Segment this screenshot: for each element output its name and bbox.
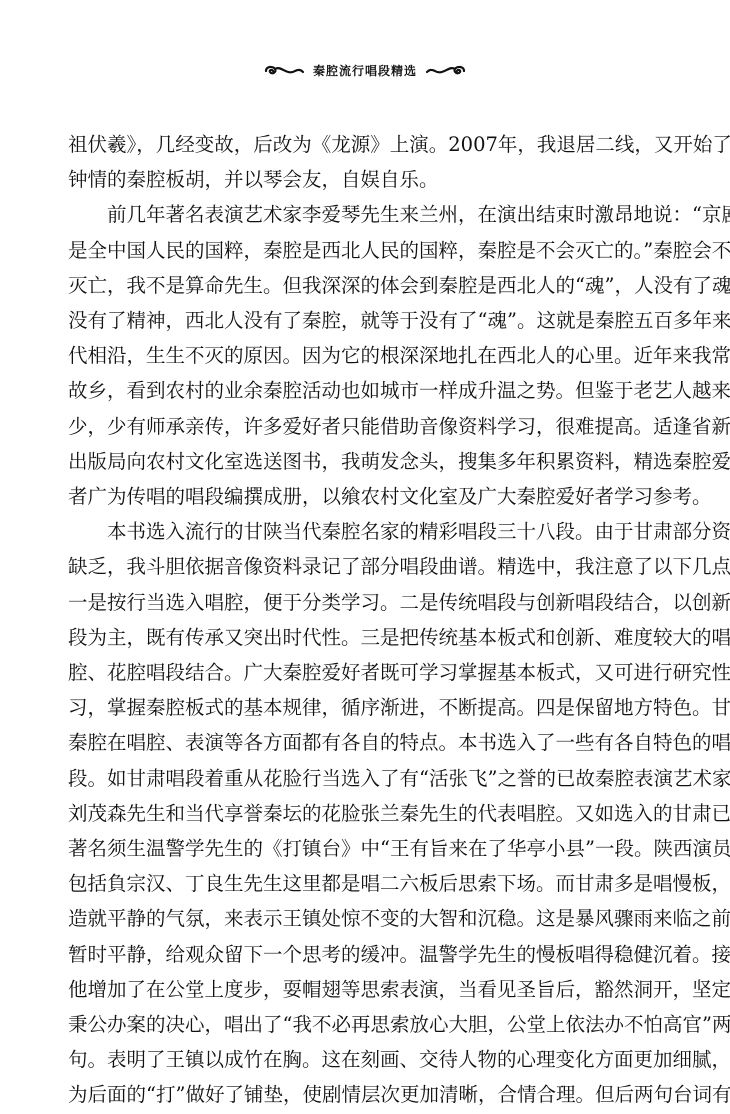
text-line: 著名须生温警学先生的《打镇台》中“王有旨来在了华亭小县”一段。陕西演员: [68, 831, 692, 866]
text-line: 刘茂森先生和当代享誉秦坛的花脸张兰秦先生的代表唱腔。又如选入的甘肃已故: [68, 796, 692, 831]
text-line: 为后面的“打”做好了铺垫，使剧情层次更加清晰，合情合理。但后两句台词有: [68, 1077, 692, 1112]
scroll-ornament-left-icon: [263, 64, 307, 78]
text-line: 没有了精神，西北人没有了秦腔，就等于没有了“魂”。这就是秦腔五百多年来世: [68, 303, 692, 338]
text-line: 段为主，既有传承又突出时代性。三是把传统基本板式和创新、难度较大的唱: [68, 620, 692, 655]
header-title: 秦腔流行唱段精选: [313, 62, 417, 79]
text-line: 暂时平静，给观众留下一个思考的缓冲。温警学先生的慢板唱得稳健沉着。接着: [68, 937, 692, 972]
scroll-ornament-right-icon: [423, 64, 467, 78]
text-line: 句。表明了王镇以成竹在胸。这在刻画、交待人物的心理变化方面更加细腻，也: [68, 1042, 692, 1077]
paragraph-continued: 祖伏羲》，几经变故，后改为《龙源》上演。2007年，我退居二线，又开始了我 钟情…: [68, 127, 692, 197]
text-line: 造就平静的气氛，来表示王镇处惊不变的大智和沉稳。这是暴风骤雨来临之前的: [68, 901, 692, 936]
text-line: 者广为传唱的唱段编撰成册，以飨农村文化室及广大秦腔爱好者学习参考。: [68, 479, 692, 514]
running-header: 秦腔流行唱段精选: [0, 62, 730, 79]
text-line: 段。如甘肃唱段着重从花脸行当选入了有“活张飞”之誉的已故秦腔表演艺术家: [68, 761, 692, 796]
text-line: 是全中国人民的国粹，秦腔是西北人民的国粹，秦腔是不会灭亡的。”秦腔会不会: [68, 233, 692, 268]
page-body: 祖伏羲》，几经变故，后改为《龙源》上演。2007年，我退居二线，又开始了我 钟情…: [68, 127, 692, 1113]
text-line: 钟情的秦腔板胡，并以琴会友，自娱自乐。: [68, 162, 692, 197]
text-line: 秦腔在唱腔、表演等各方面都有各自的特点。本书选入了一些有各自特色的唱: [68, 725, 692, 760]
text-line: 习，掌握秦腔板式的基本规律，循序渐进，不断提高。四是保留地方特色。甘陕: [68, 690, 692, 725]
text-line: 灭亡，我不是算命先生。但我深深的体会到秦腔是西北人的“魂”，人没有了魂就: [68, 268, 692, 303]
paragraph-preface-origin: 前几年著名表演艺术家李爱琴先生来兰州，在演出结束时激昂地说：“京剧 是全中国人民…: [68, 197, 692, 514]
paragraph-selection-principles: 本书选入流行的甘陕当代秦腔名家的精彩唱段三十八段。由于甘肃部分资料 缺乏，我斗胆…: [68, 514, 692, 1112]
text-line: 一是按行当选入唱腔，便于分类学习。二是传统唱段与创新唱段结合，以创新唱: [68, 585, 692, 620]
text-line: 前几年著名表演艺术家李爱琴先生来兰州，在演出结束时激昂地说：“京剧: [68, 197, 692, 232]
text-line: 出版局向农村文化室选送图书，我萌发念头，搜集多年积累资料，精选秦腔爱好: [68, 444, 692, 479]
text-line: 祖伏羲》，几经变故，后改为《龙源》上演。2007年，我退居二线，又开始了我: [68, 127, 692, 162]
text-line: 本书选入流行的甘陕当代秦腔名家的精彩唱段三十八段。由于甘肃部分资料: [68, 514, 692, 549]
text-line: 包括負宗汉、丁良生先生这里都是唱二六板后思索下场。而甘肃多是唱慢板，先: [68, 866, 692, 901]
text-line: 他增加了在公堂上度步，耍帽翅等思索表演，当看见圣旨后，豁然洞开，坚定了: [68, 972, 692, 1007]
text-line: 代相沿，生生不灭的原因。因为它的根深深地扎在西北人的心里。近年来我常回: [68, 338, 692, 373]
text-line: 腔、花腔唱段结合。广大秦腔爱好者既可学习掌握基本板式，又可进行研究性学: [68, 655, 692, 690]
text-line: 秉公办案的决心，唱出了“我不必再思索放心大胆，公堂上依法办不怕高官”两: [68, 1007, 692, 1042]
text-line: 故乡，看到农村的业余秦腔活动也如城市一样成升温之势。但鉴于老艺人越来越: [68, 373, 692, 408]
text-line: 缺乏，我斗胆依据音像资料录记了部分唱段曲谱。精选中，我注意了以下几点：: [68, 549, 692, 584]
text-line: 少，少有师承亲传，许多爱好者只能借助音像资料学习，很难提高。适逢省新闻: [68, 409, 692, 444]
